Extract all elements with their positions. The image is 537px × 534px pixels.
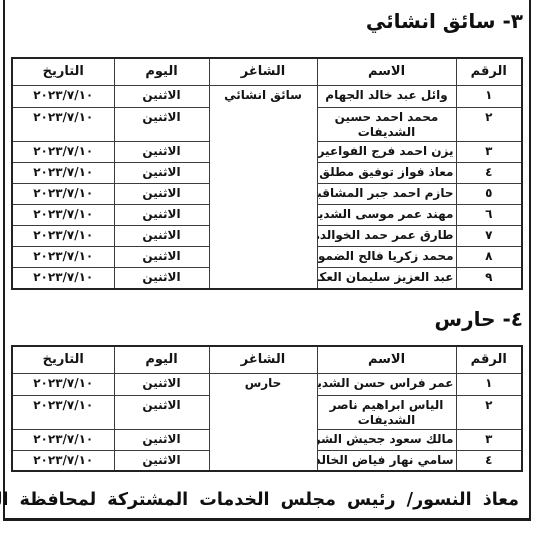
column-header-name: الاسم [317, 58, 456, 85]
cell-name: يزن احمد فرج الفواعير [317, 141, 456, 162]
cell-name: مهند عمر موسى الشديفات [317, 204, 456, 225]
cell-name: معاذ فواز توفيق مطلق [317, 162, 456, 183]
cell-day: الاثنين [114, 107, 209, 141]
cell-day: الاثنين [114, 450, 209, 471]
cell-day: الاثنين [114, 395, 209, 429]
cell-date: ٢٠٢٣/٧/١٠ [12, 373, 114, 395]
cell-number: ٩ [456, 267, 522, 289]
section-title-construction-driver: ٣- سائق انشائي [17, 7, 523, 36]
cell-day: الاثنين [114, 429, 209, 450]
cell-name: الياس ابراهيم ناصر الشديفات [317, 395, 456, 429]
cell-date: ٢٠٢٣/٧/١٠ [12, 395, 114, 429]
cell-name: سامي نهار فياض الخالدي [317, 450, 456, 471]
cell-date: ٢٠٢٣/٧/١٠ [12, 107, 114, 141]
cell-date: ٢٠٢٣/٧/١٠ [12, 225, 114, 246]
column-header-date: التاريخ [12, 58, 114, 85]
cell-number: ٨ [456, 246, 522, 267]
table-row: ١ وائل عبد خالد الجهام سائق انشائي الاثن… [12, 85, 522, 107]
cell-name: حازم احمد جبر المشاقبة [317, 183, 456, 204]
cell-name: وائل عبد خالد الجهام [317, 85, 456, 107]
section-title-guard: ٤- حارس [17, 305, 523, 334]
column-header-number: الرقم [456, 346, 522, 373]
column-header-date: التاريخ [12, 346, 114, 373]
column-header-vacancy: الشاغر [209, 58, 317, 85]
cell-day: الاثنين [114, 204, 209, 225]
cell-day: الاثنين [114, 141, 209, 162]
cell-day: الاثنين [114, 162, 209, 183]
column-header-day: اليوم [114, 58, 209, 85]
cell-number: ٤ [456, 450, 522, 471]
cell-date: ٢٠٢٣/٧/١٠ [12, 204, 114, 225]
cell-vacancy: سائق انشائي [209, 85, 317, 289]
cell-day: الاثنين [114, 225, 209, 246]
cell-name: عمر فراس حسن الشديفات [317, 373, 456, 395]
construction-driver-table: الرقم الاسم الشاغر اليوم التاريخ ١ وائل … [11, 57, 523, 290]
column-header-name: الاسم [317, 346, 456, 373]
cell-date: ٢٠٢٣/٧/١٠ [12, 85, 114, 107]
table-header-row: الرقم الاسم الشاغر اليوم التاريخ [12, 346, 522, 373]
cell-date: ٢٠٢٣/٧/١٠ [12, 162, 114, 183]
cell-number: ٢ [456, 107, 522, 141]
cell-date: ٢٠٢٣/٧/١٠ [12, 429, 114, 450]
cell-vacancy: حارس [209, 373, 317, 471]
cell-number: ٣ [456, 141, 522, 162]
cell-day: الاثنين [114, 246, 209, 267]
cell-number: ٣ [456, 429, 522, 450]
cell-number: ٧ [456, 225, 522, 246]
cell-number: ٤ [456, 162, 522, 183]
cell-day: الاثنين [114, 85, 209, 107]
cell-number: ٢ [456, 395, 522, 429]
cell-date: ٢٠٢٣/٧/١٠ [12, 246, 114, 267]
cell-date: ٢٠٢٣/٧/١٠ [12, 141, 114, 162]
column-header-day: اليوم [114, 346, 209, 373]
cell-day: الاثنين [114, 373, 209, 395]
cell-date: ٢٠٢٣/٧/١٠ [12, 267, 114, 289]
column-header-vacancy: الشاغر [209, 346, 317, 373]
column-header-number: الرقم [456, 58, 522, 85]
cell-number: ٥ [456, 183, 522, 204]
cell-day: الاثنين [114, 267, 209, 289]
cell-date: ٢٠٢٣/٧/١٠ [12, 183, 114, 204]
cell-name: محمد احمد حسين الشديفات [317, 107, 456, 141]
document-page: ٣- سائق انشائي الرقم الاسم الشاغر اليوم … [3, 0, 531, 521]
guard-table: الرقم الاسم الشاغر اليوم التاريخ ١ عمر ف… [11, 345, 523, 472]
cell-name: محمد زكريا فالح الضمور [317, 246, 456, 267]
cell-date: ٢٠٢٣/٧/١٠ [12, 450, 114, 471]
cell-day: الاثنين [114, 183, 209, 204]
table-row: ١ عمر فراس حسن الشديفات حارس الاثنين ٢٠٢… [12, 373, 522, 395]
cell-number: ٦ [456, 204, 522, 225]
cell-number: ١ [456, 373, 522, 395]
signature-line: معاذ النسور/ رئيس مجلس الخدمات المشتركة … [17, 489, 519, 512]
cell-name: عبد العزيز سليمان العكاشات [317, 267, 456, 289]
cell-name: طارق عمر حمد الخوالدة [317, 225, 456, 246]
cell-name: مالك سعود جحيش الشرعة [317, 429, 456, 450]
cell-number: ١ [456, 85, 522, 107]
table-header-row: الرقم الاسم الشاغر اليوم التاريخ [12, 58, 522, 85]
